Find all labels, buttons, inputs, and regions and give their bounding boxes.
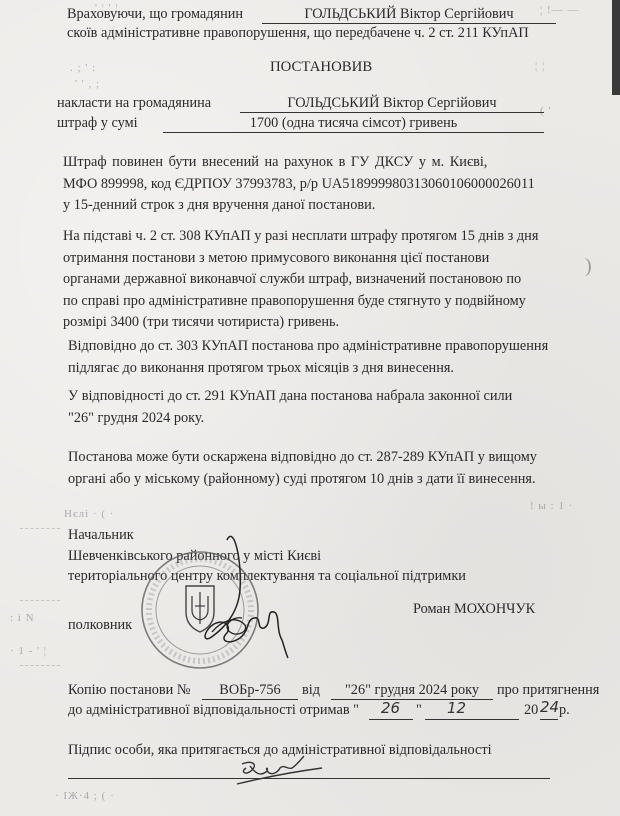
penalty-name: ГОЛЬДСЬКИЙ Віктор Сергійович — [287, 95, 496, 111]
intro-offense: скоїв адміністративне правопорушення, що… — [67, 24, 529, 42]
receipt-date-field: "26" грудня 2024 року — [331, 681, 493, 700]
appeal-line: органі або у міському (районному) суді п… — [68, 469, 537, 491]
scan-artifact: · 1 - ' ¦ — [10, 645, 47, 657]
receipt-quote-close: " — [416, 701, 422, 719]
fine-amount: 1700 (одна тисяча сімсот) гривень — [250, 115, 458, 131]
effective-line: "26" грудня 2024 року. — [68, 408, 512, 430]
impose-label: накласти на громадянина — [57, 94, 211, 112]
scan-edge — [612, 0, 620, 95]
receipt-year-suffix: 24 — [540, 698, 559, 716]
receipt-day-field: 26 — [369, 701, 413, 720]
scan-artifact: Нєлі · ( · — [64, 508, 114, 520]
receipt-copy-label: Копію постанови № — [68, 681, 191, 699]
receipt-year-field: 24 — [540, 701, 558, 720]
scan-artifact: ! ы : 1 · — [530, 500, 573, 512]
penalty-name-field: ГОЛЬДСЬКИЙ Віктор Сергійович — [240, 94, 544, 113]
enforcement-paragraph: На підставі ч. 2 ст. 308 КУпАП у разі не… — [63, 226, 538, 334]
effective-line: У відповідності до ст. 291 КУпАП дана по… — [68, 386, 512, 408]
receipt-number: ВОБр-756 — [219, 682, 280, 698]
scan-artifact — [20, 600, 60, 601]
document-page: ' ¦ ' ¦ ¦ !— — . ; ' : ' ' , ; ¦ ¦ ( ' Н… — [0, 0, 620, 816]
receipt-about-label: про притягнення — [497, 681, 599, 699]
enforcement-line: розмірі 3400 (три тисячи чотириста) грив… — [63, 312, 538, 334]
scan-artifact: · ІЖ·4 ; ( · — [55, 790, 115, 802]
effective-paragraph: У відповідності до ст. 291 КУпАП дана по… — [68, 386, 512, 429]
signatory-rank: полковник — [68, 616, 132, 634]
execution-line: підлягає до виконання протягом трьох міс… — [68, 358, 548, 380]
execution-line: Відповідно до ст. 303 КУпАП постанова пр… — [68, 336, 548, 358]
receipt-date: "26" грудня 2024 року — [345, 682, 479, 698]
intro-name-field: ГОЛЬДСЬКИЙ Віктор Сергійович — [262, 5, 556, 24]
appeal-line: Постанова може бути оскаржена відповідно… — [68, 447, 537, 469]
payment-line: МФО 899998, код ЄДРПОУ 37993783, р/р UA5… — [63, 174, 535, 196]
receipt-from-label: від — [302, 681, 320, 699]
receipt-day: 26 — [381, 699, 400, 717]
appeal-paragraph: Постанова може бути оскаржена відповідно… — [68, 447, 537, 490]
execution-paragraph: Відповідно до ст. 303 КУпАП постанова пр… — [68, 336, 548, 379]
enforcement-line: На підставі ч. 2 ст. 308 КУпАП у разі не… — [63, 226, 538, 248]
receipt-number-field: ВОБр-756 — [202, 681, 298, 700]
fine-label: штраф у сумі — [57, 114, 138, 132]
signatory-name: Роман МОХОНЧУК — [413, 600, 535, 618]
enforcement-line: отримання постанови з метою примусового … — [63, 248, 538, 270]
payment-line: у 15-денний строк з дня вручення даної п… — [63, 195, 535, 217]
scan-artifact — [20, 528, 60, 529]
enforcement-line: по справі про адміністративне правопоруш… — [63, 291, 538, 313]
scan-artifact: . ; ' : — [70, 62, 96, 74]
signatory-title: Начальник — [68, 526, 134, 544]
receipt-year-end: р. — [559, 701, 570, 719]
receipt-year-prefix: 20 — [524, 701, 538, 719]
payment-line: Штраф повинен бути внесений на рахунок в… — [63, 152, 535, 174]
offender-signature-icon — [232, 754, 332, 788]
scan-artifact — [20, 665, 60, 666]
scan-artifact: ) — [585, 255, 593, 278]
enforcement-line: органами державної виконавчої служби штр… — [63, 269, 538, 291]
scan-artifact: ' ' , ; — [75, 78, 100, 90]
receipt-month-field: 12 — [425, 701, 519, 720]
receipt-line2-label: до адміністративної відповідальності отр… — [68, 701, 359, 719]
resolution-heading: ПОСТАНОВИВ — [270, 58, 372, 76]
fine-amount-field: 1700 (одна тисяча сімсот) гривень — [163, 114, 544, 133]
payment-paragraph: Штраф повинен бути внесений на рахунок в… — [63, 152, 535, 217]
scan-artifact: ¦ ¦ — [535, 60, 545, 72]
commander-signature-icon — [192, 520, 302, 660]
receipt-month: 12 — [447, 699, 466, 717]
intro-name: ГОЛЬДСЬКИЙ Віктор Сергійович — [304, 6, 513, 22]
intro-label: Враховуючи, що громадянин — [67, 5, 243, 23]
scan-artifact: : і N — [10, 612, 35, 624]
